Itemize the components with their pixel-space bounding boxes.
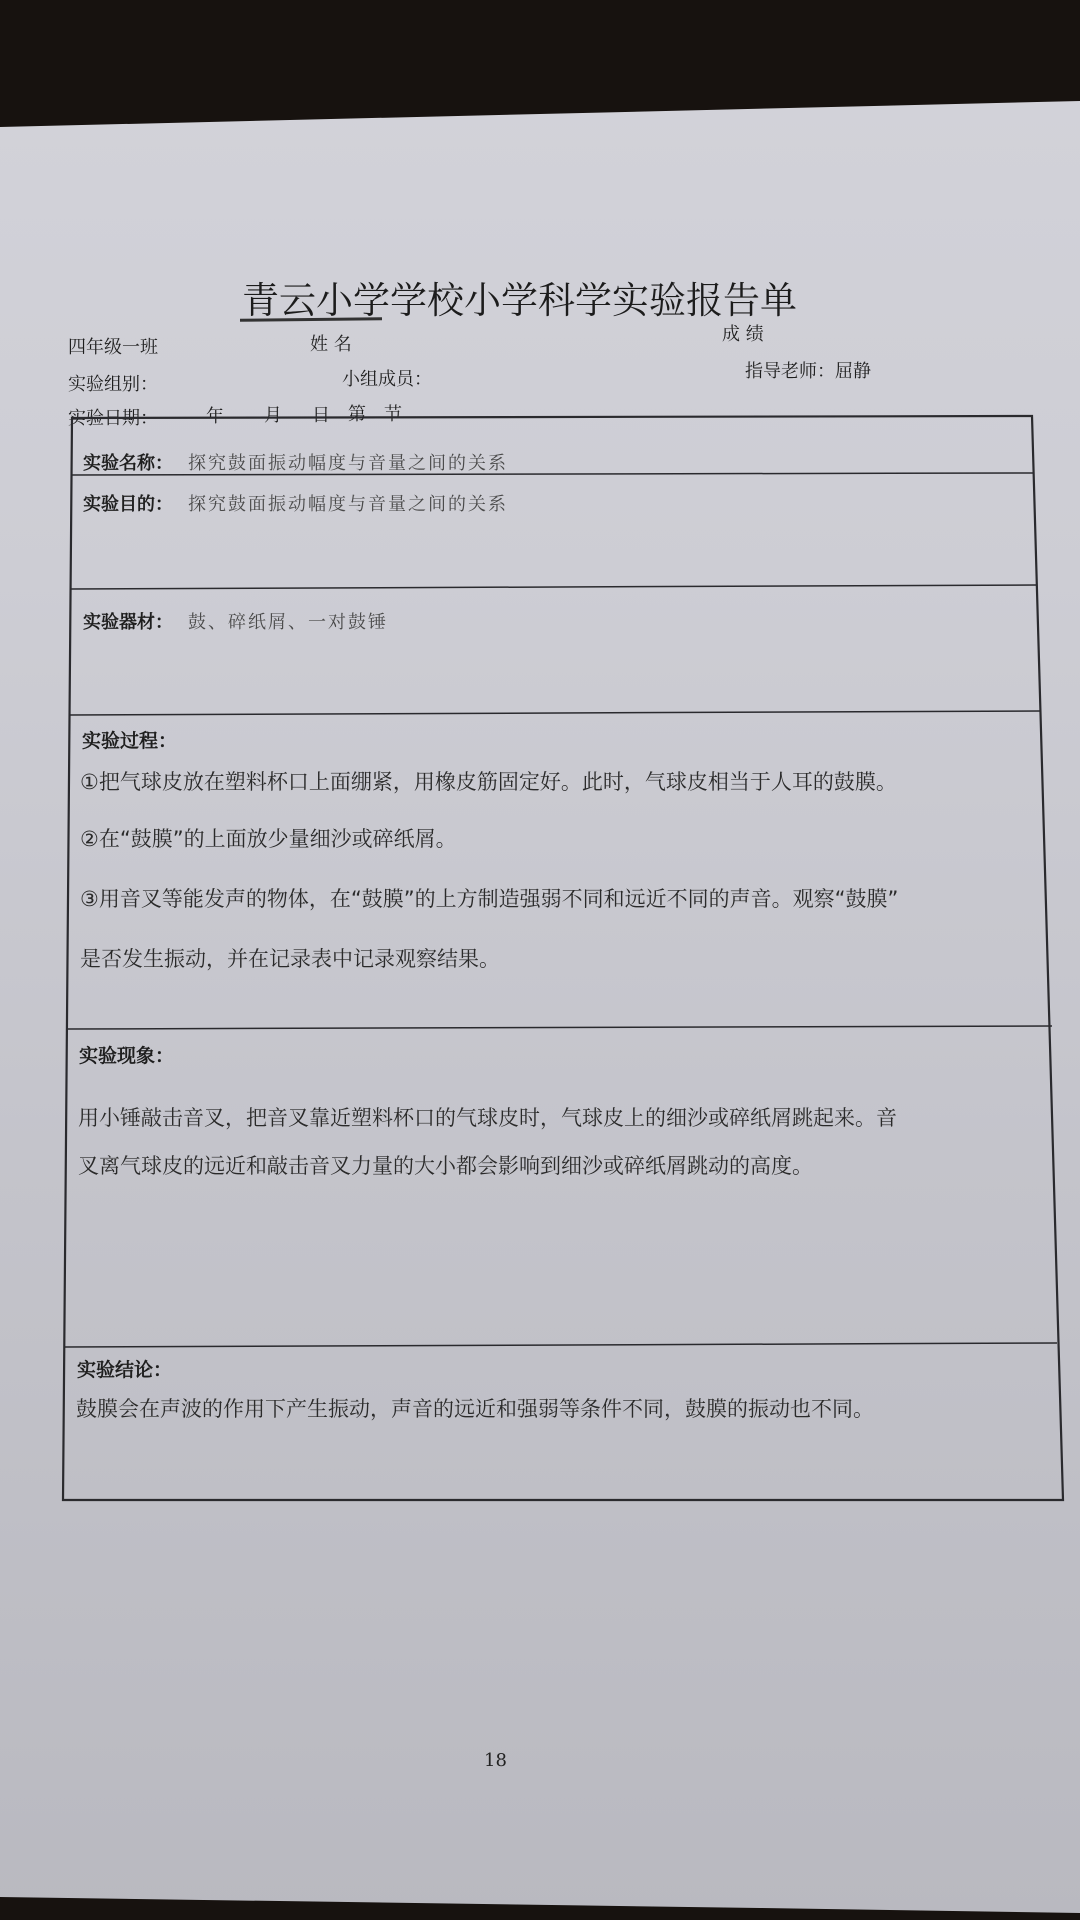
experiment-process-label: 实验过程： bbox=[82, 726, 177, 753]
student-name-label: 姓 名 bbox=[310, 330, 352, 356]
page-title: 青云小学学校小学科学实验报告单 bbox=[242, 270, 797, 324]
date-month-label: 月 bbox=[264, 401, 282, 427]
date-period-label: 节 bbox=[384, 400, 402, 426]
experiment-purpose-value: 探究鼓面振动幅度与音量之间的关系 bbox=[188, 490, 508, 516]
conclusion-line-1: 鼓膜会在声波的作用下产生振动，声音的远近和强弱等条件不同，鼓膜的振动也不同。 bbox=[76, 1393, 874, 1423]
experiment-name-label: 实验名称： bbox=[83, 449, 173, 475]
experiment-materials-label: 实验器材： bbox=[83, 608, 173, 634]
phenomenon-line-1: 用小锤敲击音叉，把音叉靠近塑料杯口的气球皮时，气球皮上的细沙或碎纸屑跳起来。音 bbox=[78, 1102, 897, 1132]
score-label: 成 绩 bbox=[722, 320, 764, 346]
date-label: 实验日期： bbox=[68, 404, 158, 430]
phenomenon-line-2: 叉离气球皮的远近和敲击音叉力量的大小都会影响到细沙或碎纸屑跳动的高度。 bbox=[78, 1150, 813, 1180]
process-step-1: ①把气球皮放在塑料杯口上面绷紧，用橡皮筋固定好。此时，气球皮相当于人耳的鼓膜。 bbox=[80, 766, 897, 796]
process-step-3: ③用音叉等能发声的物体，在“鼓膜”的上方制造强弱不同和远近不同的声音。观察“鼓膜… bbox=[80, 883, 898, 913]
experiment-materials-value: 鼓、碎纸屑、一对鼓锤 bbox=[188, 608, 388, 634]
teacher-label: 指导老师：屈静 bbox=[745, 357, 871, 383]
date-day-label: 日 bbox=[312, 401, 330, 427]
process-step-3-cont: 是否发生振动，并在记录表中记录观察结果。 bbox=[80, 943, 500, 973]
class-label: 四年级一班 bbox=[68, 333, 158, 359]
experiment-purpose-label: 实验目的： bbox=[83, 490, 173, 516]
experiment-phenomenon-label: 实验现象： bbox=[79, 1041, 174, 1068]
experiment-name-value: 探究鼓面振动幅度与音量之间的关系 bbox=[188, 449, 508, 475]
page-number: 18 bbox=[484, 1750, 507, 1771]
process-step-2: ②在“鼓膜”的上面放少量细沙或碎纸屑。 bbox=[80, 823, 457, 853]
group-label: 实验组别： bbox=[68, 370, 158, 396]
date-di-label: 第 bbox=[348, 400, 366, 426]
date-year-label: 年 bbox=[206, 402, 224, 428]
experiment-conclusion-label: 实验结论： bbox=[77, 1355, 172, 1382]
group-members-label: 小组成员： bbox=[342, 365, 432, 391]
